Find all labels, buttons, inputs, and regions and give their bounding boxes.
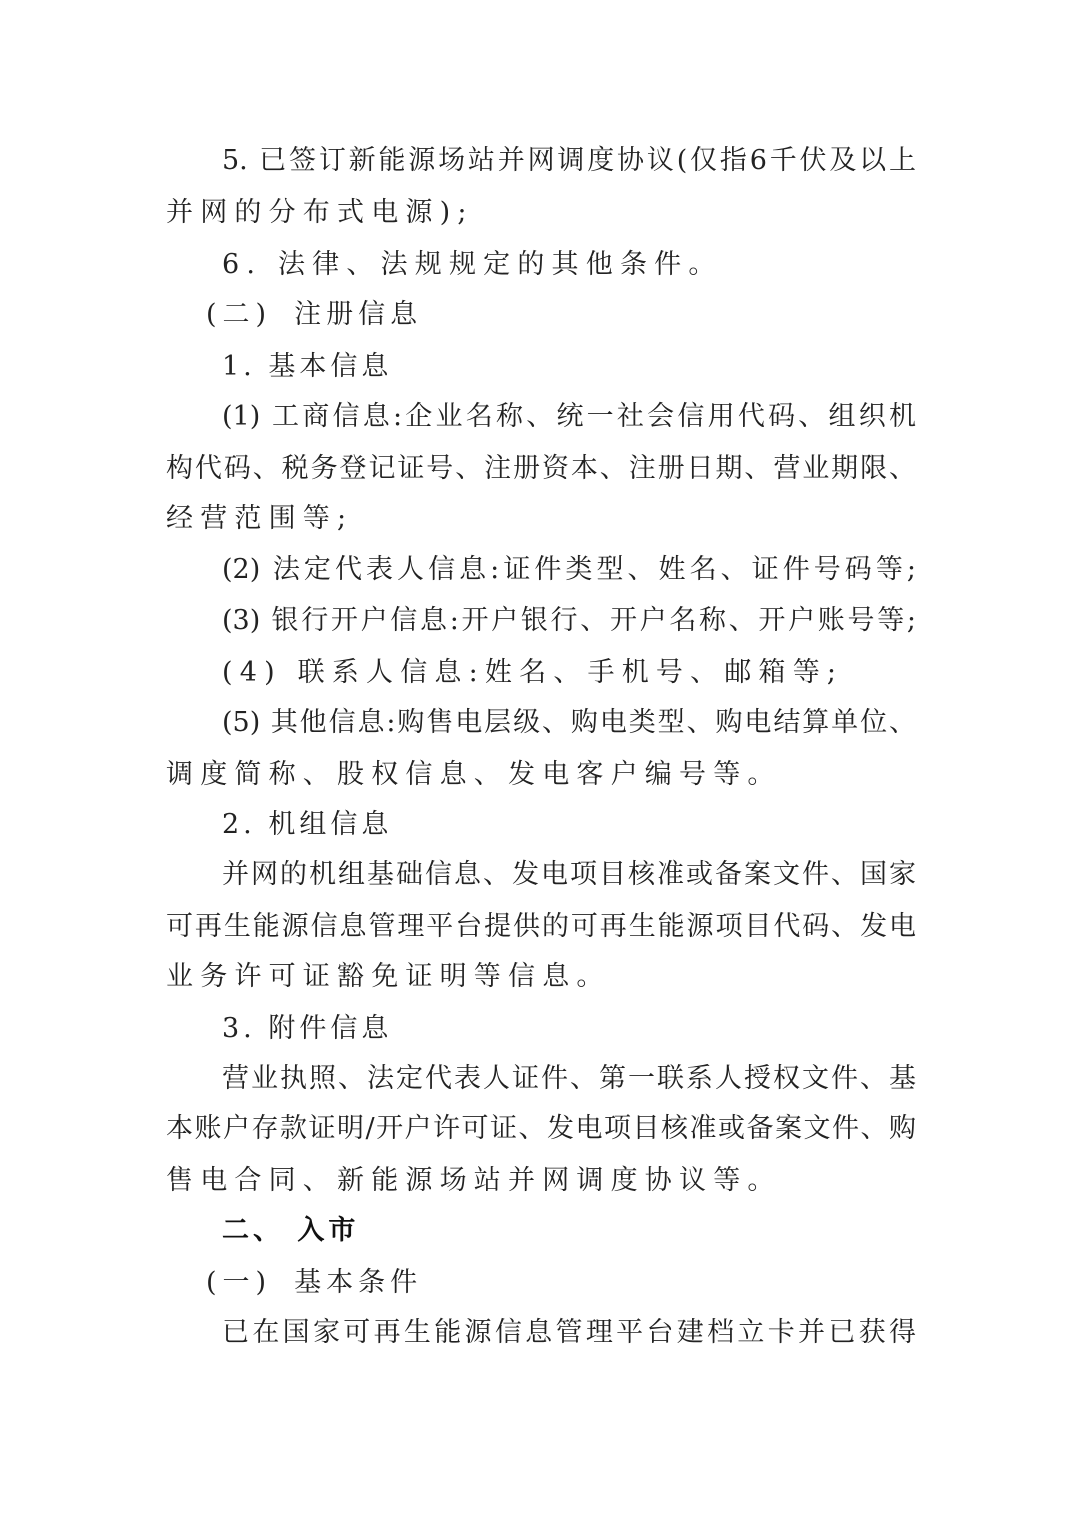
subheading-unit-info: 2. 机组信息 [222,807,972,843]
paragraph-attachments: 营业执照、法定代表人证件、第一联系人授权文件、基 [222,1061,916,1097]
section-title: 注册信息 [294,299,422,330]
list-item-5: 5. 已签订新能源场站并网调度协议(仅指6千伏及以上 [222,143,916,179]
list-item-6: 6. 法律、法规规定的其他条件。 [222,247,972,283]
paragraph-unit-info: 并网的机组基础信息、发电项目核准或备案文件、国家 [222,857,916,893]
document-page: 5. 已签订新能源场站并网调度协议(仅指6千伏及以上 并网的分布式电源); 6.… [0,0,1080,1527]
paragraph-unit-info-cont-1: 可再生能源信息管理平台提供的可再生能源项目代码、发电 [166,909,916,945]
subheading-attachment-info: 3. 附件信息 [222,1011,972,1047]
paragraph-attachments-cont-1: 本账户存款证明/开户许可证、发电项目核准或备案文件、购 [166,1111,916,1147]
item-legal-rep-info: (2) 法定代表人信息:证件类型、姓名、证件号码等; [222,552,916,588]
list-item-5-continuation: 并网的分布式电源); [166,195,916,231]
section-number: (一) [206,1267,272,1298]
section-number: (二) [206,299,272,330]
item-business-info: (1) 工商信息:企业名称、统一社会信用代码、组织机 [222,399,916,435]
paragraph-basic-conditions: 已在国家可再生能源信息管理平台建档立卡并已获得 [222,1315,916,1351]
item-business-info-cont-2: 经营范围等; [166,501,916,537]
paragraph-attachments-cont-2: 售电合同、新能源场站并网调度协议等。 [166,1163,916,1199]
item-business-info-cont-1: 构代码、税务登记证号、注册资本、注册日期、营业期限、 [166,451,916,487]
subheading-basic-info: 1. 基本信息 [222,349,972,385]
item-other-info: (5) 其他信息:购售电层级、购电类型、购电结算单位、 [222,705,916,741]
item-other-info-cont: 调度简称、股权信息、发电客户编号等。 [166,757,916,793]
paragraph-unit-info-cont-2: 业务许可证豁免证明等信息。 [166,959,916,995]
section-heading-registration-info: (二)注册信息 [206,297,956,333]
item-contact-info: (4) 联系人信息:姓名、手机号、邮箱等; [222,655,972,691]
section-title: 基本条件 [294,1267,422,1298]
section-heading-basic-conditions: (一)基本条件 [206,1265,956,1301]
chapter-heading-market-entry: 二、 入市 [222,1213,972,1249]
item-bank-account-info: (3) 银行开户信息:开户银行、开户名称、开户账号等; [222,603,916,639]
